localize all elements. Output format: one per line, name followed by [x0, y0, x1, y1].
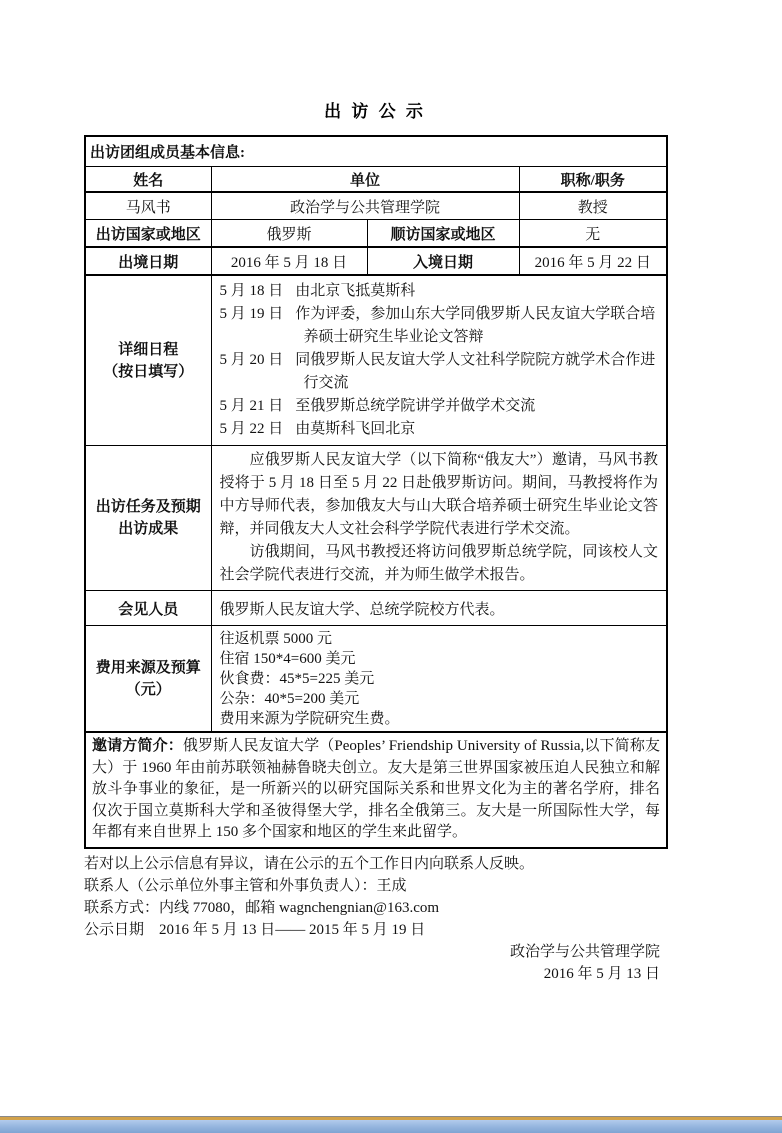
budget-label-line2: （元）: [90, 679, 207, 701]
table-row: 出访团组成员基本信息:: [85, 136, 667, 167]
destination-label-cell: 出访国家或地区: [85, 220, 211, 248]
signature-date: 2016 年 5 月 13 日: [84, 963, 666, 985]
meeting-label-cell: 会见人员: [85, 591, 211, 626]
column-header-unit: 单位: [211, 167, 519, 193]
column-header-title: 职称/职务: [519, 167, 667, 193]
decoration-blue-bar: [0, 1120, 782, 1133]
table-row: 会见人员 俄罗斯人民友谊大学、总统学院校方代表。: [85, 591, 667, 626]
inviter-intro-label: 邀请方简介：: [92, 738, 183, 754]
meeting-value-cell: 俄罗斯人民友谊大学、总统学院校方代表。: [211, 591, 667, 626]
side-visit-label-cell: 顺访国家或地区: [367, 220, 519, 248]
signature-unit: 政治学与公共管理学院: [84, 941, 666, 963]
schedule-item: 5 月 21 日至俄罗斯总统学院讲学并做学术交流: [220, 395, 659, 418]
budget-item: 公杂：40*5=200 美元: [220, 689, 659, 709]
mission-paragraph: 应俄罗斯人民友谊大学（以下简称“俄友大”）邀请，马风书教授将于 5 月 18 日…: [220, 449, 659, 541]
table-row: 马风书 政治学与公共管理学院 教授: [85, 192, 667, 220]
member-name-cell: 马风书: [85, 192, 211, 220]
schedule-label-cell: 详细日程 （按日填写）: [85, 275, 211, 446]
budget-content-cell: 往返机票 5000 元 住宿 150*4=600 美元 伙食费：45*5=225…: [211, 626, 667, 733]
contact-method-line: 联系方式：内线 77080，邮箱 wagnchengnian@163.com: [84, 897, 666, 919]
entry-date-value-cell: 2016 年 5 月 22 日: [519, 247, 667, 275]
member-unit-cell: 政治学与公共管理学院: [211, 192, 519, 220]
schedule-label-line2: （按日填写）: [90, 361, 207, 383]
publicity-period-line: 公示日期 2016 年 5 月 13 日—— 2015 年 5 月 19 日: [84, 919, 666, 941]
budget-item: 伙食费：45*5=225 美元: [220, 669, 659, 689]
mission-paragraph: 访俄期间，马风书教授还将访问俄罗斯总统学院，同该校人文社会学院代表进行交流，并为…: [220, 541, 659, 587]
table-row: 邀请方简介：俄罗斯人民友谊大学（Peoples’ Friendship Univ…: [85, 732, 667, 848]
budget-label-line1: 费用来源及预算: [90, 657, 207, 679]
side-visit-value-cell: 无: [519, 220, 667, 248]
table-row: 费用来源及预算 （元） 往返机票 5000 元 住宿 150*4=600 美元 …: [85, 626, 667, 733]
schedule-item: 5 月 22 日由莫斯科飞回北京: [220, 418, 659, 441]
page-title: 出 访 公 示: [84, 0, 666, 122]
page-bottom-decoration: [0, 1116, 782, 1133]
mission-content-cell: 应俄罗斯人民友谊大学（以下简称“俄友大”）邀请，马风书教授将于 5 月 18 日…: [211, 446, 667, 591]
mission-label-line2: 出访成果: [90, 518, 207, 540]
table-row: 详细日程 （按日填写） 5 月 18 日由北京飞抵莫斯科 5 月 19 日作为评…: [85, 275, 667, 446]
budget-item: 住宿 150*4=600 美元: [220, 649, 659, 669]
objection-note: 若对以上公示信息有异议，请在公示的五个工作日内向联系人反映。: [84, 853, 666, 875]
budget-item: 往返机票 5000 元: [220, 629, 659, 649]
schedule-item: 5 月 19 日作为评委，参加山东大学同俄罗斯人民友谊大学联合培养硕士研究生毕业…: [220, 303, 659, 349]
footer-notes: 若对以上公示信息有异议，请在公示的五个工作日内向联系人反映。 联系人（公示单位外…: [84, 853, 666, 985]
budget-label-cell: 费用来源及预算 （元）: [85, 626, 211, 733]
schedule-item: 5 月 20 日同俄罗斯人民友谊大学人文社科学院院方就学术合作进行交流: [220, 349, 659, 395]
schedule-content-cell: 5 月 18 日由北京飞抵莫斯科 5 月 19 日作为评委，参加山东大学同俄罗斯…: [211, 275, 667, 446]
schedule-label-line1: 详细日程: [90, 339, 207, 361]
table-row: 出境日期 2016 年 5 月 18 日 入境日期 2016 年 5 月 22 …: [85, 247, 667, 275]
destination-value-cell: 俄罗斯: [211, 220, 367, 248]
column-header-name: 姓名: [85, 167, 211, 193]
member-title-cell: 教授: [519, 192, 667, 220]
document-content: 出 访 公 示 出访团组成员基本信息: 姓名 单位 职称/职务 马风书 政治学与…: [84, 0, 666, 985]
document-page: 出 访 公 示 出访团组成员基本信息: 姓名 单位 职称/职务 马风书 政治学与…: [0, 0, 782, 1133]
travel-announcement-table: 出访团组成员基本信息: 姓名 单位 职称/职务 马风书 政治学与公共管理学院 教…: [84, 135, 668, 849]
table-row: 出访任务及预期 出访成果 应俄罗斯人民友谊大学（以下简称“俄友大”）邀请，马风书…: [85, 446, 667, 591]
mission-label-cell: 出访任务及预期 出访成果: [85, 446, 211, 591]
schedule-item: 5 月 18 日由北京飞抵莫斯科: [220, 280, 659, 303]
budget-item: 费用来源为学院研究生费。: [220, 709, 659, 729]
section-header-cell: 出访团组成员基本信息:: [85, 136, 667, 167]
table-row: 出访国家或地区 俄罗斯 顺访国家或地区 无: [85, 220, 667, 248]
mission-label-line1: 出访任务及预期: [90, 496, 207, 518]
entry-date-label-cell: 入境日期: [367, 247, 519, 275]
exit-date-value-cell: 2016 年 5 月 18 日: [211, 247, 367, 275]
contact-person-line: 联系人（公示单位外事主管和外事负责人）：王成: [84, 875, 666, 897]
inviter-intro-cell: 邀请方简介：俄罗斯人民友谊大学（Peoples’ Friendship Univ…: [85, 732, 667, 848]
table-row: 姓名 单位 职称/职务: [85, 167, 667, 193]
exit-date-label-cell: 出境日期: [85, 247, 211, 275]
